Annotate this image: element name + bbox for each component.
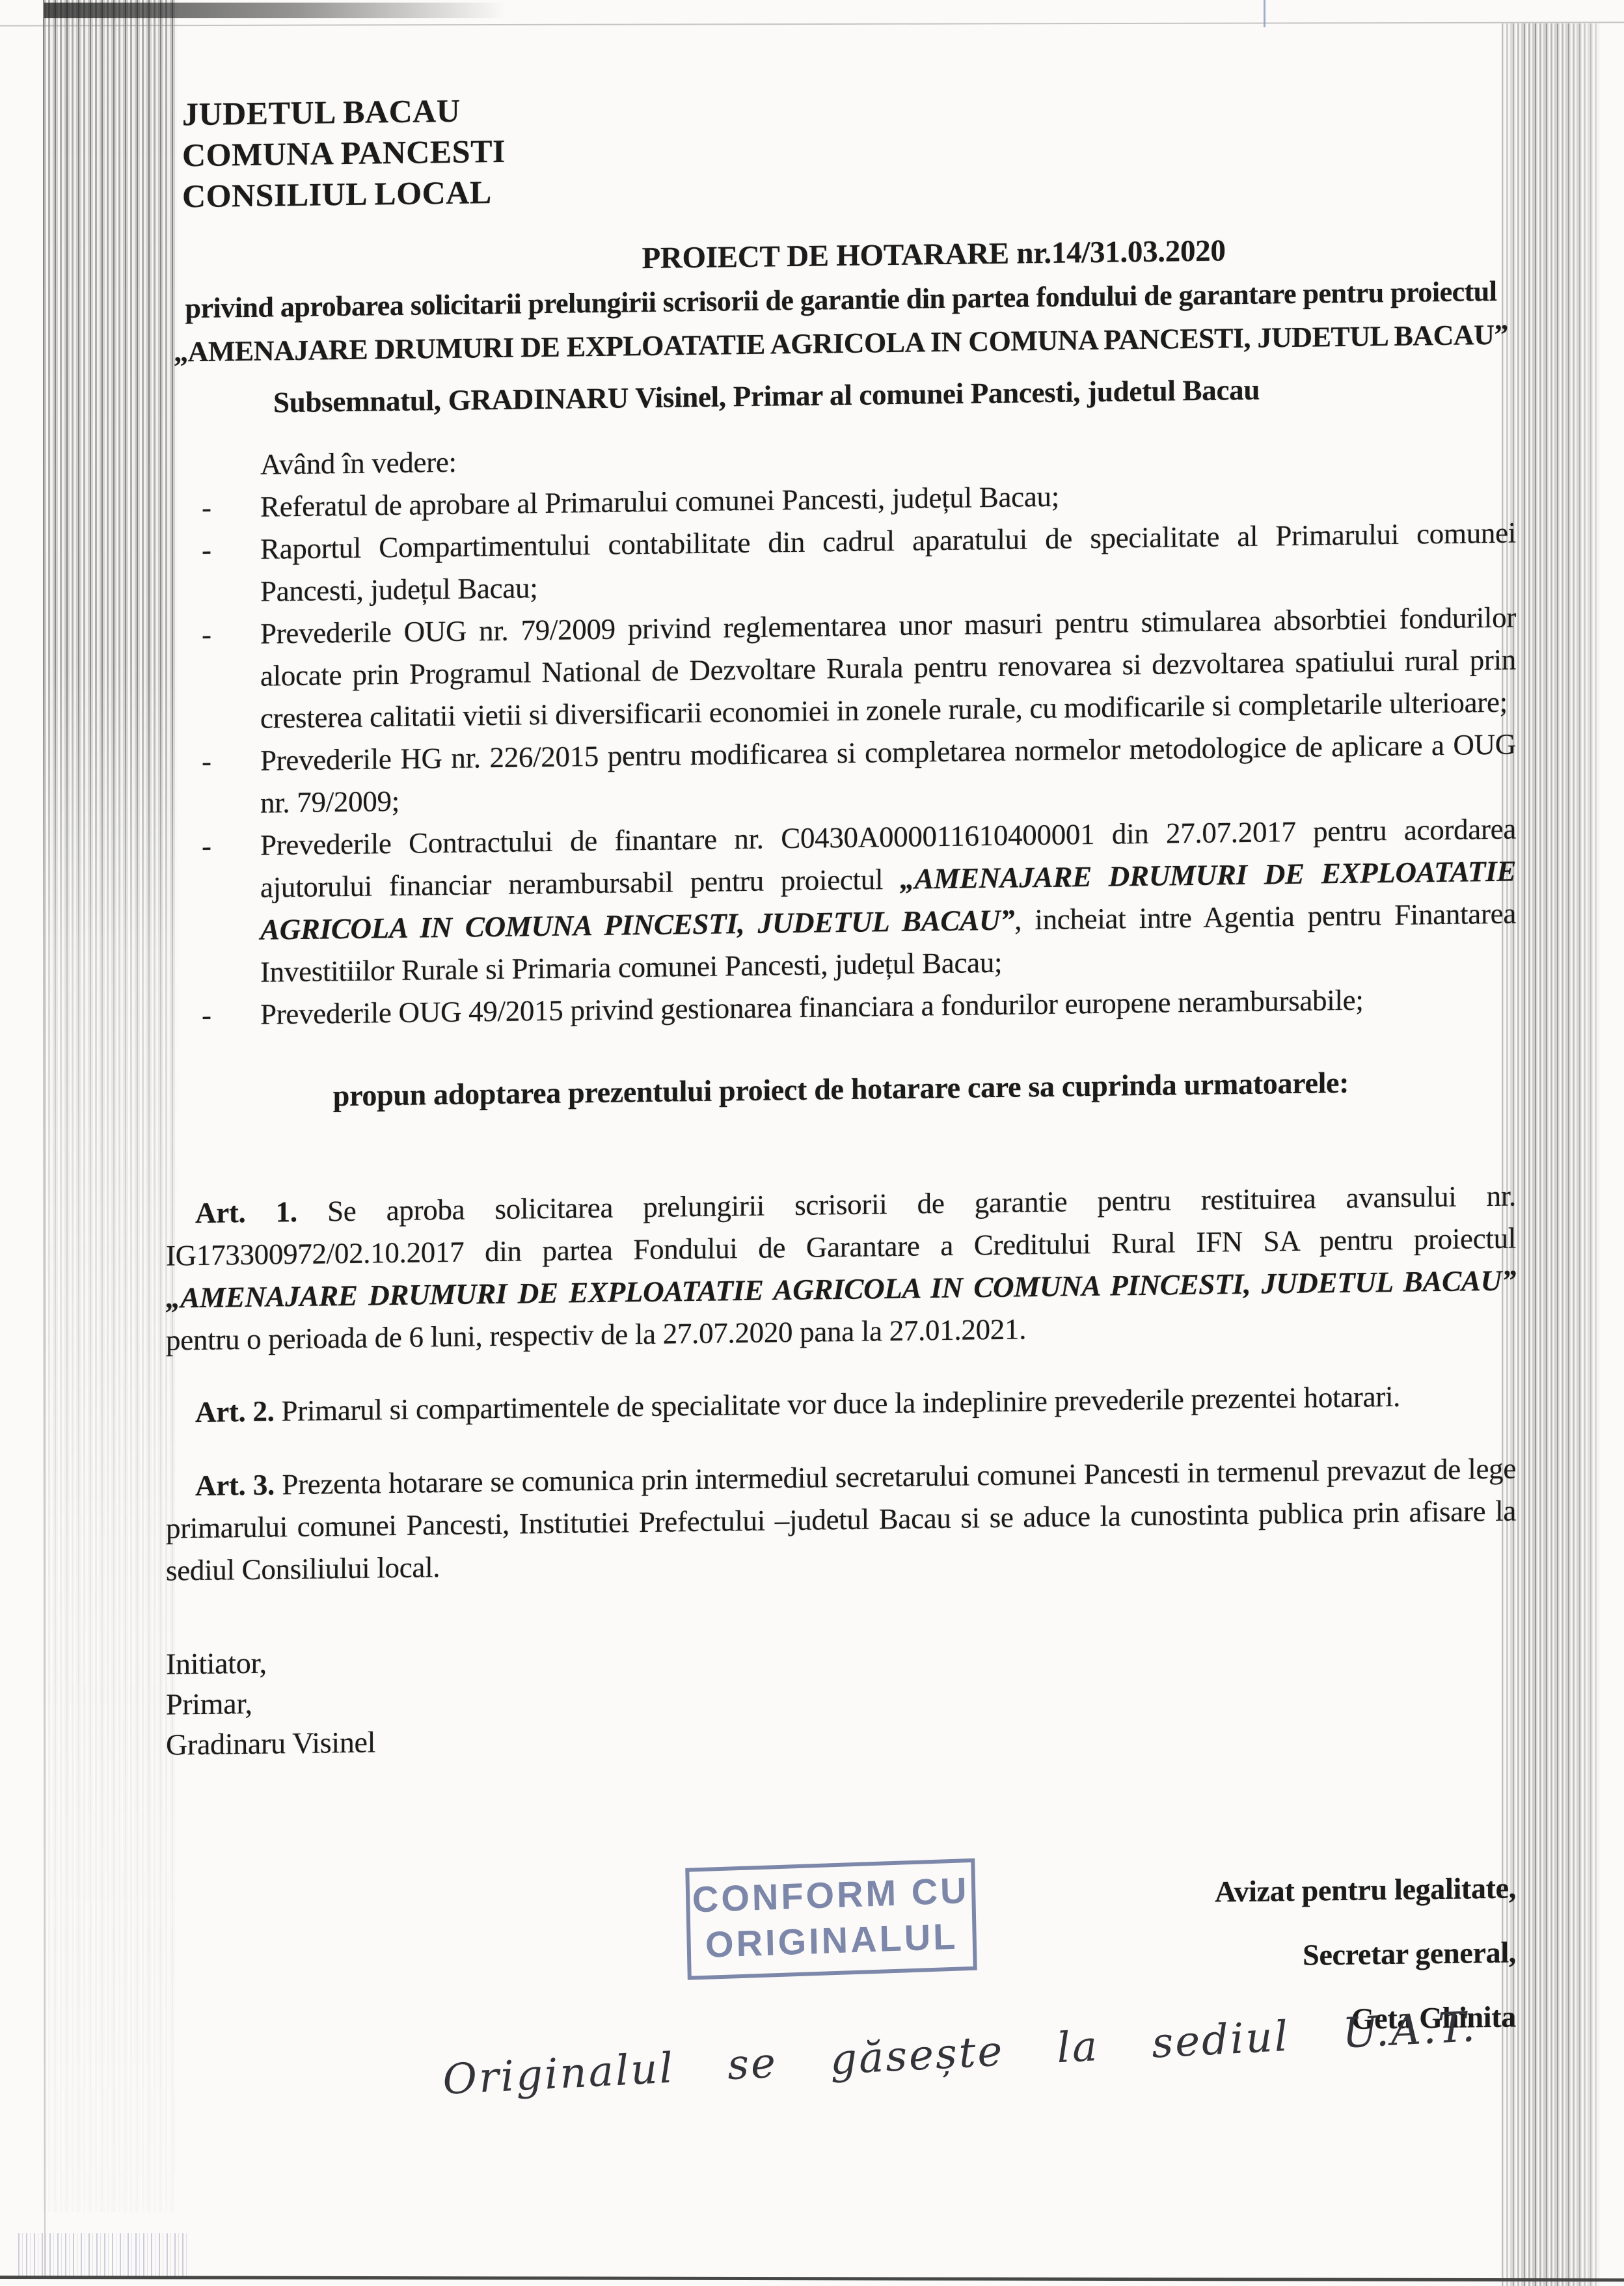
text-segment: „AMENAJARE DRUMURI DE EXPLOATATIE AGRICO… (166, 1264, 1516, 1314)
approval-line: Avizat pentru legalitate, (1215, 1855, 1516, 1924)
letterhead: JUDETUL BACAUCOMUNA PANCESTICONSILIUL LO… (182, 76, 1516, 217)
article-paragraph: Art. 3. Prezenta hotarare se comunica pr… (166, 1447, 1516, 1592)
approval-line: Secretar general, (1215, 1920, 1516, 1988)
handwritten-note: Originalul se găsește la sediul U.A.T. (442, 2000, 1588, 2102)
article-paragraph: Art. 2. Primarul si compartimentele de s… (166, 1374, 1516, 1434)
consideration-text: Prevederile HG nr. 226/2015 pentru modif… (260, 723, 1516, 824)
bullet-dash: - (166, 486, 260, 530)
text-segment: Primarul si compartimentele de specialit… (275, 1380, 1401, 1428)
bullet-dash: - (166, 824, 260, 995)
bullet-dash: - (166, 740, 260, 826)
consideration-text: Raportul Compartimentului contabilitate … (260, 511, 1516, 612)
conform-cu-originalul-stamp: CONFORM CU ORIGINALUL (685, 1858, 977, 1980)
text-segment: Art. 2. (195, 1395, 275, 1428)
consideration-item: -Prevederile Contractului de finantare n… (166, 808, 1516, 994)
articles-section: Art. 1. Se aproba solicitarea prelungiri… (166, 1175, 1516, 1592)
stamp-line-2: ORIGINALUL (690, 1913, 973, 1968)
article-paragraph: Art. 1. Se aproba solicitarea prelungiri… (166, 1175, 1516, 1361)
text-segment: Raportul Compartimentului contabilitate … (260, 516, 1516, 607)
subscriber-line: Subsemnatul, GRADINARU Visinel, Primar a… (166, 365, 1516, 425)
bullet-dash: - (166, 613, 260, 741)
proposal-line: propun adoptarea prezentului proiect de … (166, 1058, 1516, 1119)
text-segment: Art. 3. (195, 1468, 275, 1502)
consideration-text: Prevederile Contractului de finantare nr… (260, 808, 1516, 993)
text-segment: Se aproba solicitarea prelungirii scriso… (166, 1179, 1516, 1272)
text-segment: Prevederile OUG nr. 79/2009 privind regl… (260, 601, 1516, 734)
consideration-item: -Prevederile OUG nr. 79/2009 privind reg… (166, 596, 1516, 741)
text-segment: Prezenta hotarare se comunica prin inter… (166, 1452, 1516, 1586)
text-segment: Referatul de aprobare al Primarului comu… (260, 480, 1059, 523)
text-segment: pentru o perioada de 6 luni, respectiv d… (166, 1313, 1026, 1356)
bullet-dash: - (166, 528, 260, 614)
consideration-text: Prevederile OUG nr. 79/2009 privind regl… (260, 596, 1516, 739)
scan-bottom-blue-streaks (18, 2233, 189, 2276)
considerations-list: -Referatul de aprobare al Primarului com… (166, 469, 1516, 1037)
initiator-block: Initiator,Primar,Gradinaru Visinel (166, 1626, 1516, 1765)
text-segment: Art. 1. (195, 1195, 297, 1229)
document-content: JUDETUL BACAUCOMUNA PANCESTICONSILIUL LO… (0, 0, 1624, 2286)
scanned-document-page: JUDETUL BACAUCOMUNA PANCESTICONSILIUL LO… (0, 0, 1624, 2286)
text-segment: Prevederile HG nr. 226/2015 pentru modif… (260, 728, 1516, 819)
document-subtitle: privind aprobarea solicitarii prelungiri… (166, 269, 1516, 374)
bullet-dash: - (166, 994, 260, 1037)
